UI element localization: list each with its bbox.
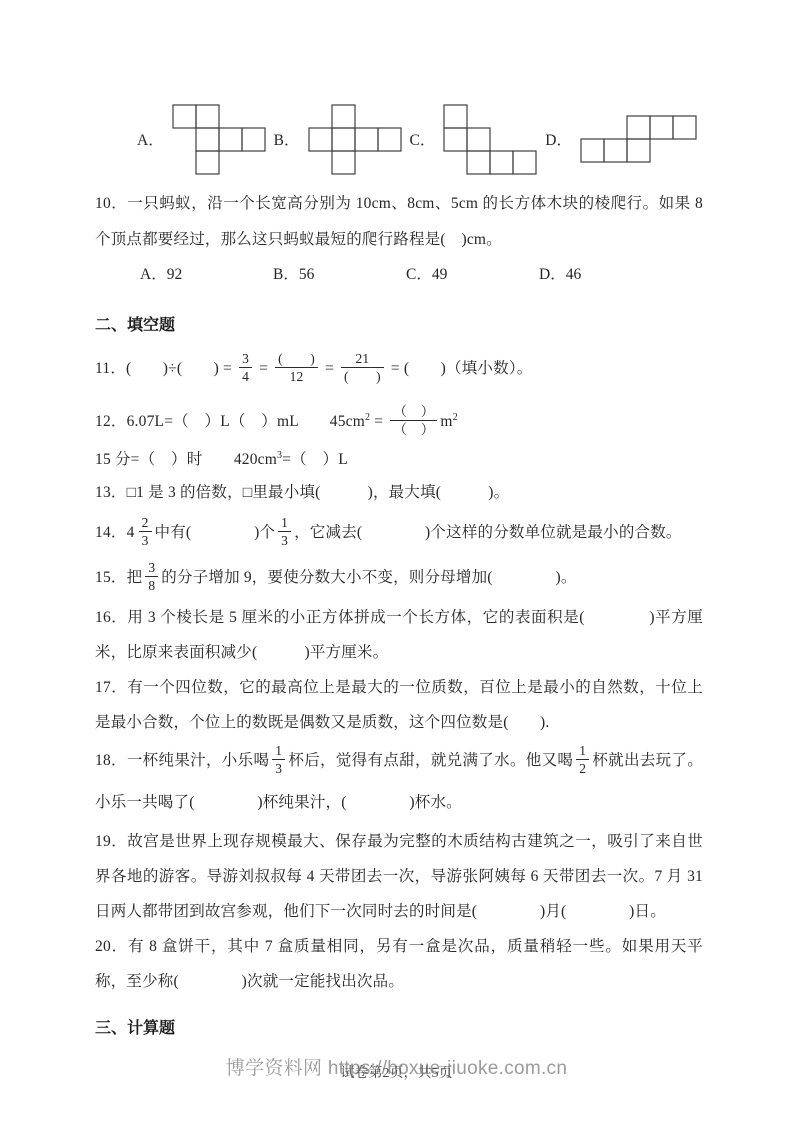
question-19: 19．故宫是世界上现存规模最大、保存最为完整的木质结构古建筑之一，吸引了来自世界…: [95, 824, 703, 929]
footer-page-number: 试卷第2页，共5页: [0, 1062, 793, 1082]
question-14: 14．423中有( )个13，它减去( )个这样的分数单位就是最小的合数。: [95, 510, 703, 556]
page-footer: 博学资料网 https://boxue-jiuoke.com.cn 试卷第2页，…: [0, 1050, 793, 1100]
question-9-options: A． B． C． D．: [95, 98, 703, 180]
question-12-line1: 12．6.07L=（ ）L（ ）mL 45cm2 = （ ）（ ）m2: [95, 400, 703, 444]
question-10-option-b: B．56: [273, 258, 406, 292]
exam-page: A． B． C． D． 10．一只蚂蚁，沿一个长宽高分别为 10cm、8cm、5…: [95, 98, 703, 1041]
question-10-option-c: C．49: [406, 258, 539, 292]
question-20: 20．有 8 盒饼干，其中 7 盒质量相同，另有一盒是次品，质量稍轻一些。如果用…: [95, 929, 703, 999]
question-13: 13．□1 是 3 的倍数，□里最小填( )，最大填( )。: [95, 476, 703, 510]
net-option-b-label: B．: [274, 128, 300, 150]
net-option-a: A．: [137, 104, 266, 175]
net-option-d: D．: [545, 115, 697, 163]
question-10-options: A．92 B．56 C．49 D．46: [95, 258, 703, 292]
question-18: 18．一杯纯果汁，小乐喝13杯后，觉得有点甜，就兑满了水。他又喝12杯就出去玩了…: [95, 740, 703, 824]
question-16: 16．用 3 个棱长是 5 厘米的小正方体拼成一个长方体，它的表面积是( )平方…: [95, 600, 703, 670]
question-10-option-a: A．92: [140, 258, 273, 292]
question-11: 11．( )÷( ) = 34 = ( )12 = 21( ) = ( )（填小…: [95, 346, 703, 392]
section-heading-fill-blanks: 二、填空题: [95, 314, 703, 338]
question-12-line2: 15 分=（ ）时 420cm3=（ ）L: [95, 444, 703, 476]
question-10-text: 10．一只蚂蚁，沿一个长宽高分别为 10cm、8cm、5cm 的长方体木块的棱爬…: [95, 186, 703, 258]
net-option-b: B．: [274, 104, 402, 175]
cube-net-diagram-c: [443, 104, 537, 175]
net-option-c-label: C．: [409, 128, 435, 150]
question-15: 15．把38的分子增加 9，要使分数大小不变，则分母增加( )。: [95, 556, 703, 600]
cube-net-diagram-b: [308, 104, 402, 175]
net-option-d-label: D．: [545, 128, 572, 150]
section-heading-calculation: 三、计算题: [95, 1017, 703, 1041]
question-17: 17．有一个四位数，它的最高位上是最大的一位质数，百位上是最小的自然数，十位上是…: [95, 670, 703, 740]
net-option-c: C．: [409, 104, 537, 175]
net-option-a-label: A．: [137, 128, 164, 150]
cube-net-diagram-a: [172, 104, 266, 175]
question-10-option-d: D．46: [539, 258, 581, 292]
cube-net-diagram-d: [580, 115, 697, 163]
